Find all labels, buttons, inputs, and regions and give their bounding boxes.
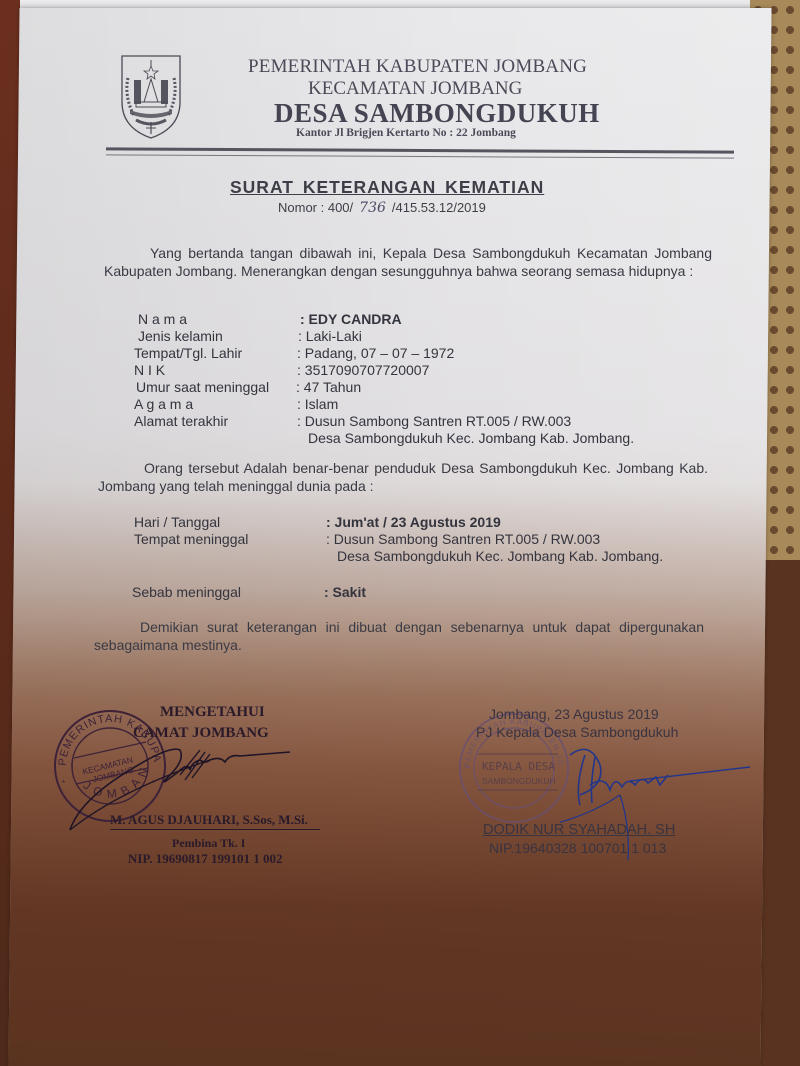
person-detail-label: N I K bbox=[134, 362, 165, 378]
letterhead-government: PEMERINTAH KABUPATEN JOMBANG bbox=[248, 56, 587, 78]
document-number: Nomor : 400/736/415.53.12/2019 bbox=[278, 200, 486, 216]
document-number-handwritten: 736 bbox=[359, 200, 386, 216]
death-cause-label: Sebab meninggal bbox=[132, 584, 241, 600]
person-detail-label: Umur saat meninggal bbox=[136, 379, 269, 395]
person-detail-value: : Islam bbox=[297, 396, 338, 412]
village-head-nip: NIP.19640328 100701 1 013 bbox=[489, 840, 666, 856]
place-date: Jombang, 23 Agustus 2019 bbox=[489, 706, 659, 722]
closing-text: Demikian surat keterangan ini dibuat den… bbox=[94, 619, 704, 653]
village-head-name: DODIK NUR SYAHADAH. SH bbox=[483, 822, 675, 838]
village-head-position: PJ Kepala Desa Sambongdukuh bbox=[476, 724, 678, 740]
acknowledged-label: MENGETAHUI bbox=[160, 704, 265, 721]
svg-text:KEPALA DESA: KEPALA DESA bbox=[482, 760, 555, 773]
document-number-prefix: Nomor : 400/ bbox=[278, 200, 353, 215]
person-detail-label: Tempat/Tgl. Lahir bbox=[134, 345, 242, 361]
regency-coat-of-arms-icon bbox=[120, 52, 182, 140]
letterhead-address: Kantor Jl Brigjen Kertarto No : 22 Jomba… bbox=[296, 127, 516, 139]
svg-text:*: * bbox=[466, 764, 470, 774]
death-place-value-2: Desa Sambongdukuh Kec. Jombang Kab. Jomb… bbox=[337, 548, 663, 564]
camat-rank: Pembina Tk. I bbox=[172, 836, 245, 851]
document-number-suffix: /415.53.12/2019 bbox=[392, 200, 486, 215]
camat-nip: NIP. 19690817 199101 1 002 bbox=[128, 851, 282, 867]
person-detail-value: : Padang, 07 – 07 – 1972 bbox=[297, 345, 454, 361]
svg-text:SAMBONGDUKUH: SAMBONGDUKUH bbox=[482, 776, 556, 786]
person-detail-value: : EDY CANDRA bbox=[300, 311, 402, 327]
camat-name: M. AGUS DJAUHARI, S.Sos, M.Si. bbox=[110, 812, 320, 830]
statement-text: Orang tersebut Adalah benar-benar pendud… bbox=[98, 460, 708, 494]
death-date-value: : Jum'at / 23 Agustus 2019 bbox=[326, 514, 501, 530]
death-place-label: Tempat meninggal bbox=[134, 531, 248, 547]
person-detail-value: : Dusun Sambong Santren RT.005 / RW.003 bbox=[297, 413, 571, 429]
document-title: SURAT KETERANGAN KEMATIAN bbox=[230, 177, 544, 198]
person-detail-value: : Laki-Laki bbox=[298, 328, 362, 344]
statement-paragraph: Orang tersebut Adalah benar-benar pendud… bbox=[98, 459, 708, 495]
letterhead-divider bbox=[106, 147, 734, 158]
letterhead-district: KECAMATAN JOMBANG bbox=[308, 78, 522, 100]
person-detail-label: A g a m a bbox=[134, 396, 193, 412]
death-place-value-1: : Dusun Sambong Santren RT.005 / RW.003 bbox=[326, 531, 600, 547]
intro-text: Yang bertanda tangan dibawah ini, Kepala… bbox=[104, 245, 712, 279]
death-cause-value: : Sakit bbox=[324, 584, 366, 600]
person-detail-value: Desa Sambongdukuh Kec. Jombang Kab. Jomb… bbox=[308, 430, 634, 446]
death-date-label: Hari / Tanggal bbox=[134, 514, 220, 530]
person-detail-value: : 3517090707720007 bbox=[297, 362, 429, 378]
person-detail-label: Alamat terakhir bbox=[134, 413, 228, 429]
letterhead-village: DESA SAMBONGDUKUH bbox=[274, 98, 600, 129]
document-content: PEMERINTAH KABUPATEN JOMBANG KECAMATAN J… bbox=[0, 0, 800, 1066]
person-detail-label: Jenis kelamin bbox=[138, 328, 223, 344]
closing-paragraph: Demikian surat keterangan ini dibuat den… bbox=[94, 618, 704, 654]
person-detail-value: : 47 Tahun bbox=[296, 379, 361, 395]
intro-paragraph: Yang bertanda tangan dibawah ini, Kepala… bbox=[104, 244, 712, 280]
person-detail-label: N a m a bbox=[138, 311, 187, 327]
